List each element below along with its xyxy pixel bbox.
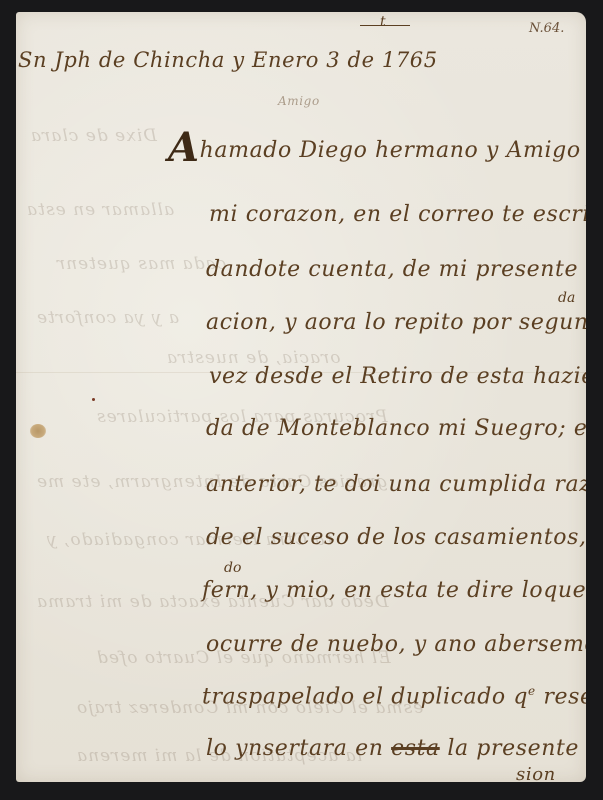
bleed-through-text: allamar en esta [26,200,174,220]
ink-dot [92,398,95,401]
manuscript-page: Dixe de clara allamar en esta cada mas q… [16,12,586,782]
line-text: reserbe [536,684,586,709]
letter-line-13: sion [516,764,556,782]
letter-line-7: anterior, te doi una cumplida razon, [206,472,586,497]
letter-line-11: traspapelado el duplicado qe reserbe [202,684,586,709]
letter-line-10: ocurre de nuebo, y ano aberseme [206,632,586,657]
line-text: la presente oca [440,736,586,761]
letter-line-12: lo ynsertara en esta la presente oca [206,736,586,761]
faint-salutation: Amigo [278,94,320,108]
decorated-initial: A [168,124,200,171]
letter-line-4: acion, y aora lo repito por segun [206,310,586,335]
line-9-superscript: do [224,560,241,576]
folio-number: N.64. [529,21,564,36]
letter-line-8: de el suceso de los casamientos, de [206,525,586,550]
letter-line-6: da de Monteblanco mi Suegro; en la [206,416,586,441]
header-superscript: t [380,14,386,30]
struck-word: esta [391,736,440,761]
line-text: traspapelado el duplicado q [202,684,528,709]
letter-line-1: Ahamado Diego hermano y Amigo de [168,124,586,171]
line-text: hamado Diego hermano y Amigo de [200,138,586,163]
line-4-superscript: da [558,290,575,306]
letter-line-2: mi corazon, en el correo te escribi, [209,202,586,227]
line-text: lo ynsertara en [206,736,391,761]
bleed-through-text: a y ya conforte [36,308,179,328]
bleed-through-text: Dixe de clara [30,126,157,146]
bleed-through-text: cada mas quetenr [56,254,226,274]
letter-line-3: dandote cuenta, de mi presente situ [206,257,586,282]
abbreviation-superscript: e [528,684,536,698]
letter-line-5: vez desde el Retiro de esta hazien [209,364,586,389]
paper-stain [30,424,46,438]
letter-line-9: fern, y mio, en esta te dire loque [202,578,586,603]
scan-viewport: Dixe de clara allamar en esta cada mas q… [0,0,603,800]
header-place-date: Sn Jph de Chincha y Enero 3 de 1765 [18,48,438,72]
